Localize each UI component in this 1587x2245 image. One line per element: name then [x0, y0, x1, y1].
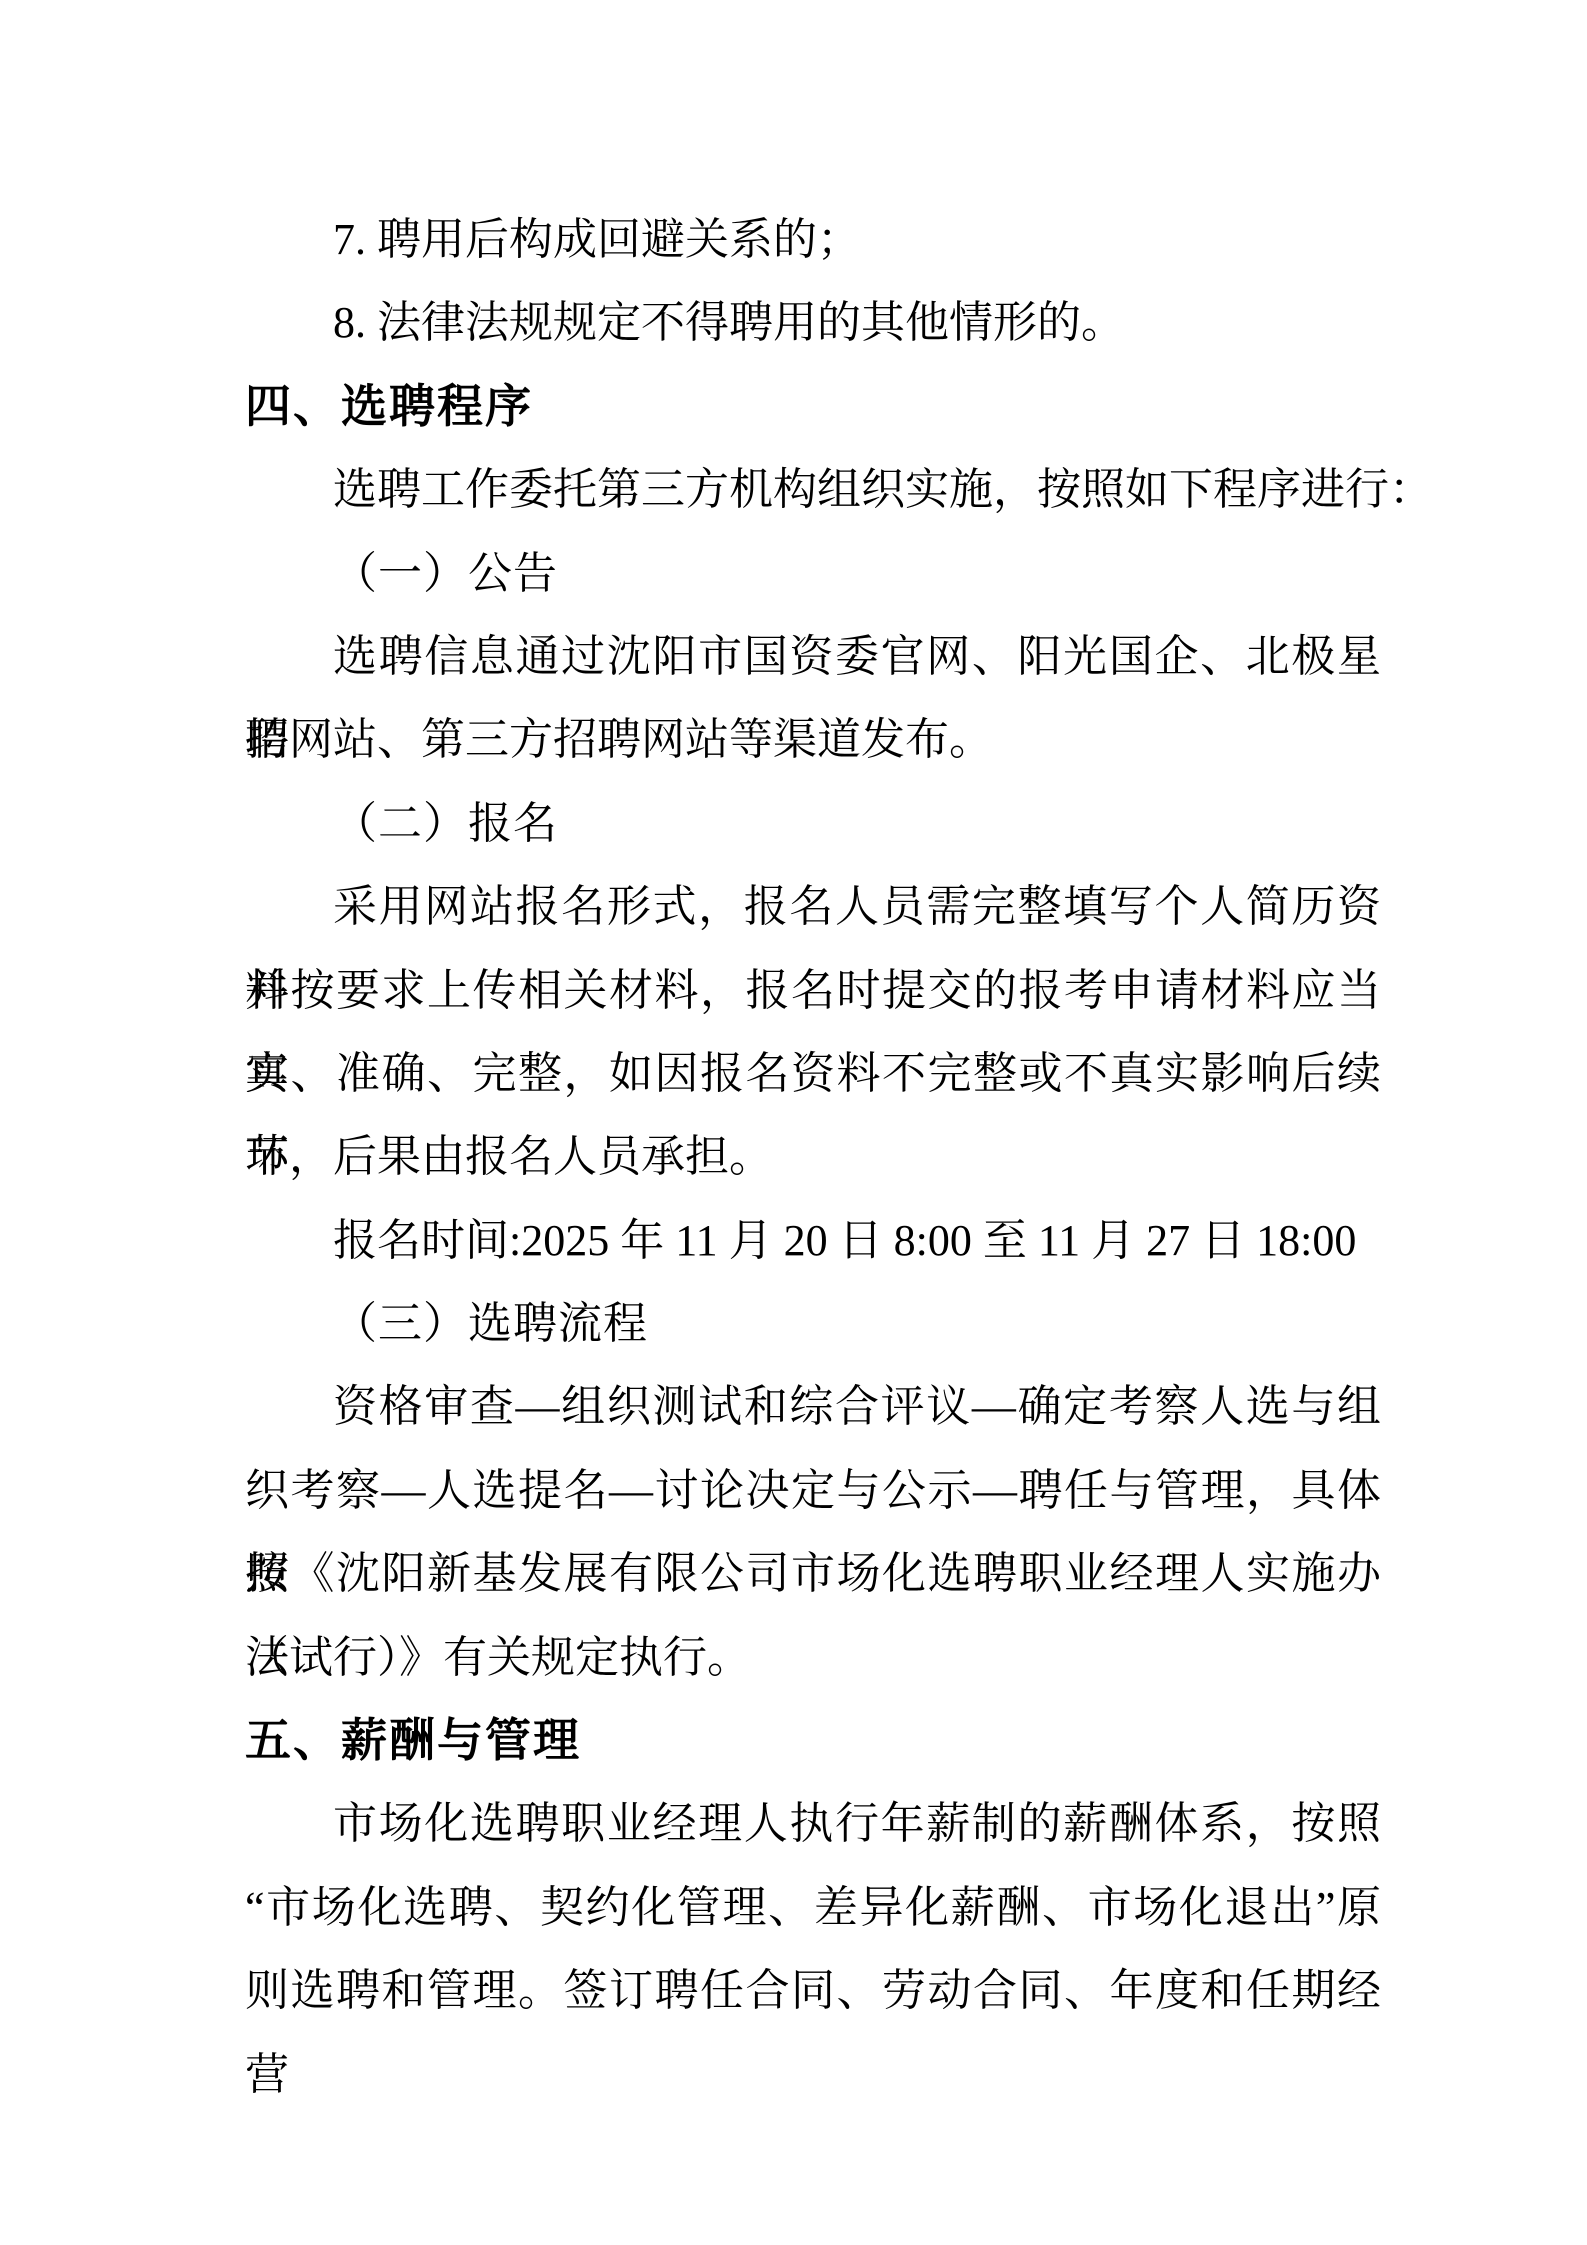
- body-text-line: 采用网站报名形式，报名人员需完整填写个人简历资料: [245, 865, 1381, 948]
- body-text-line: 资格审查—组织测试和综合评议—确定考察人选与组: [245, 1365, 1381, 1448]
- body-text-line: 报名时间:2025 年 11 月 20 日 8:00 至 11 月 27 日 1…: [245, 1199, 1381, 1282]
- body-text-line: 8. 法律法规规定不得聘用的其他情形的。: [245, 281, 1381, 364]
- body-text-line: 并按要求上传相关材料，报名时提交的报考申请材料应当真: [245, 949, 1381, 1032]
- body-text-line: 选聘信息通过沈阳市国资委官网、阳光国企、北极星招: [245, 615, 1381, 698]
- document-page: 7. 聘用后构成回避关系的；8. 法律法规规定不得聘用的其他情形的。四、选聘程序…: [0, 0, 1587, 2245]
- sub-heading: （一）公告: [245, 532, 1381, 615]
- body-text-line: 节，后果由报名人员承担。: [245, 1115, 1381, 1198]
- document-content: 7. 聘用后构成回避关系的；8. 法律法规规定不得聘用的其他情形的。四、选聘程序…: [245, 198, 1381, 2033]
- body-text-line: 选聘工作委托第三方机构组织实施，按照如下程序进行：: [245, 448, 1381, 531]
- body-text-line: 聘网站、第三方招聘网站等渠道发布。: [245, 698, 1381, 781]
- section-heading: 四、选聘程序: [245, 365, 1381, 448]
- body-text-line: 市场化选聘职业经理人执行年薪制的薪酬体系，按照: [245, 1782, 1381, 1865]
- body-text-line: （试行）》有关规定执行。: [245, 1616, 1381, 1699]
- body-text-line: “市场化选聘、契约化管理、差异化薪酬、市场化退出”原: [245, 1866, 1381, 1949]
- body-text-line: 实、准确、完整，如因报名资料不完整或不真实影响后续环: [245, 1032, 1381, 1115]
- section-heading: 五、薪酬与管理: [245, 1699, 1381, 1782]
- sub-heading: （二）报名: [245, 782, 1381, 865]
- sub-heading: （三）选聘流程: [245, 1282, 1381, 1365]
- body-text-line: 织考察—人选提名—讨论决定与公示—聘任与管理，具体按: [245, 1449, 1381, 1532]
- body-text-line: 照《沈阳新基发展有限公司市场化选聘职业经理人实施办法: [245, 1532, 1381, 1615]
- body-text-line: 则选聘和管理。签订聘任合同、劳动合同、年度和任期经营: [245, 1949, 1381, 2032]
- body-text-line: 7. 聘用后构成回避关系的；: [245, 198, 1381, 281]
